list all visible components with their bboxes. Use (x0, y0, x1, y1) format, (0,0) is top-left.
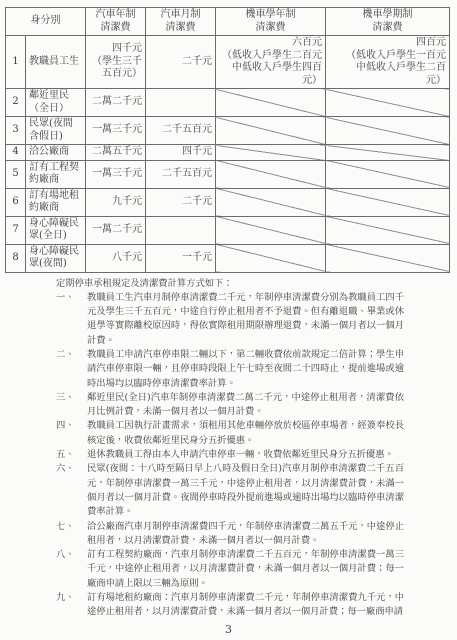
moto-year-fee-cell (216, 89, 326, 117)
note-number: 三、 (56, 391, 75, 405)
row-number-cell: 1 (6, 36, 26, 89)
note-text: 洽公廠商汽車月制停車清潔費四千元，年制停車清潔費二萬五千元，中途停止租用者，以月… (87, 521, 404, 546)
note-number: 一、 (56, 291, 75, 305)
moto-year-fee-cell (216, 145, 326, 161)
car-month-fee-cell (146, 89, 216, 117)
note-text: 退休教職員工得由本人申請汽車停車一輛，收費依鄰近里民身分五折優惠。 (87, 449, 394, 460)
identity-cell: 鄰近里民 （全日） (26, 89, 86, 117)
table-row: 2鄰近里民 （全日）二萬二千元 (6, 89, 450, 117)
note-text: 訂有場地租約廠商：汽車月制停車清潔費二千元，年制停車清潔費九千元，中途停止租用者… (87, 592, 404, 617)
row-number-cell: 3 (6, 117, 26, 145)
moto-semester-fee-cell (326, 244, 450, 272)
fee-table: 身分別 汽車年制 清潔費 汽車月制 清潔費 機車學年制 清潔費 機車學期制 清潔… (5, 7, 450, 273)
notes-intro: 定期停車承租規定及清潔費計算方式如下： (56, 277, 404, 291)
moto-semester-fee-cell (326, 117, 450, 145)
note-text: 民眾(夜間：十八時至隔日早上八時及假日全日)汽車月制停車清潔費二千五百元，年制停… (87, 463, 404, 517)
moto-semester-fee-cell (326, 188, 450, 216)
header-moto-semester: 機車學期制 清潔費 (326, 8, 450, 36)
car-month-fee-cell: 一千元 (146, 244, 216, 272)
moto-year-fee-cell (216, 160, 326, 188)
table-row: 5訂有工程契 約廠商一萬三千元二千五百元 (6, 160, 450, 188)
note-item: 五、退休教職員工得由本人申請汽車停車一輛，收費依鄰近里民身分五折優惠。 (56, 448, 404, 462)
note-number: 四、 (56, 419, 75, 433)
row-number-cell: 4 (6, 145, 26, 161)
note-item: 一、教職員工生汽車月制停車清潔費二千元，年制停車清潔費分別為教職員工四千元及學生… (56, 291, 404, 348)
document-page: 身分別 汽車年制 清潔費 汽車月制 清潔費 機車學年制 清潔費 機車學期制 清潔… (0, 0, 457, 640)
car-year-fee-cell: 一萬三千元 (86, 117, 146, 145)
note-item: 四、教職員工因執行計畫需求，須租用其他車輛停放於校區停車場者，經簽奉校長核定後，… (56, 419, 404, 448)
note-number: 六、 (56, 462, 75, 476)
moto-year-fee-cell (216, 188, 326, 216)
identity-cell: 身心障礙民 眾(全日) (26, 216, 86, 244)
note-text: 鄰近里民(全日)汽車年制停車清潔費二萬二千元，中途停止租用者，清潔費依月比例計費… (87, 392, 404, 417)
car-month-fee-cell: 二千五百元 (146, 160, 216, 188)
note-item: 三、鄰近里民(全日)汽車年制停車清潔費二萬二千元，中途停止租用者，清潔費依月比例… (56, 391, 404, 420)
table-row: 7身心障礙民 眾(全日)一萬二千元 (6, 216, 450, 244)
car-year-fee-cell: 四千元 （學生三千 五百元） (86, 36, 146, 89)
note-item: 六、民眾(夜間：十八時至隔日早上八時及假日全日)汽車月制停車清潔費二千五百元，年… (56, 462, 404, 519)
header-car-month: 汽車月制 清潔費 (146, 8, 216, 36)
notes-section: 定期停車承租規定及清潔費計算方式如下： 一、教職員工生汽車月制停車清潔費二千元，… (56, 277, 404, 620)
note-text: 教職員工因執行計畫需求，須租用其他車輛停放於校區停車場者，經簽奉校長核定後，收費… (87, 420, 404, 445)
note-number: 八、 (56, 548, 75, 562)
row-number-cell: 2 (6, 89, 26, 117)
note-text: 訂有工程契約廠商，汽車月制停車清潔費二千五百元，年制停車清潔費一萬三千元，中途停… (87, 549, 404, 589)
note-number: 七、 (56, 520, 75, 534)
moto-semester-fee-cell (326, 160, 450, 188)
table-row: 3民眾(夜間 含假日)一萬三千元二千五百元 (6, 117, 450, 145)
note-item: 九、訂有場地租約廠商：汽車月制停車清潔費二千元，年制停車清潔費九千元，中途停止租… (56, 591, 404, 620)
car-year-fee-cell: 一萬二千元 (86, 216, 146, 244)
moto-year-fee-cell (216, 216, 326, 244)
note-number: 五、 (56, 448, 75, 462)
car-month-fee-cell: 二千五百元 (146, 117, 216, 145)
table-header-row: 身分別 汽車年制 清潔費 汽車月制 清潔費 機車學年制 清潔費 機車學期制 清潔… (6, 8, 450, 36)
table-row: 1教職員工生四千元 （學生三千 五百元）二千元六百元 （低收入戶學生二百元 中低… (6, 36, 450, 89)
table-row: 6訂有場地租 約廠商九千元二千元 (6, 188, 450, 216)
row-number-cell: 5 (6, 160, 26, 188)
row-number-cell: 7 (6, 216, 26, 244)
table-row: 4洽公廠商二萬五千元四千元 (6, 145, 450, 161)
car-month-fee-cell: 二千元 (146, 188, 216, 216)
car-year-fee-cell: 二萬五千元 (86, 145, 146, 161)
note-item: 二、教職員工申請汽車停車限二輛以下，第二輛收費依前款規定二倍計算；學生申請汽車停… (56, 348, 404, 391)
moto-semester-fee-cell (326, 89, 450, 117)
car-year-fee-cell: 八千元 (86, 244, 146, 272)
moto-semester-fee-cell (326, 216, 450, 244)
note-text: 教職員工生汽車月制停車清潔費二千元，年制停車清潔費分別為教職員工四千元及學生三千… (87, 292, 404, 346)
car-year-fee-cell: 一萬三千元 (86, 160, 146, 188)
moto-semester-fee-cell: 四百元 （低收入戶學生一百元 中低收入戶學生二百 元） (326, 36, 450, 89)
header-car-year: 汽車年制 清潔費 (86, 8, 146, 36)
moto-year-fee-cell (216, 244, 326, 272)
identity-cell: 教職員工生 (26, 36, 86, 89)
note-text: 教職員工申請汽車停車限二輛以下，第二輛收費依前款規定二倍計算；學生申請汽車停車限… (87, 349, 404, 389)
identity-cell: 洽公廠商 (26, 145, 86, 161)
note-number: 九、 (56, 591, 75, 605)
identity-cell: 訂有工程契 約廠商 (26, 160, 86, 188)
identity-cell: 身心障礙民 眾(夜間) (26, 244, 86, 272)
identity-cell: 民眾(夜間 含假日) (26, 117, 86, 145)
table-row: 8身心障礙民 眾(夜間)八千元一千元 (6, 244, 450, 272)
car-month-fee-cell: 四千元 (146, 145, 216, 161)
header-identity: 身分別 (6, 8, 86, 36)
moto-year-fee-cell: 六百元 （低收入戶學生二百元 中低收入戶學生四百 元） (216, 36, 326, 89)
notes-list: 一、教職員工生汽車月制停車清潔費二千元，年制停車清潔費分別為教職員工四千元及學生… (56, 291, 404, 620)
note-number: 二、 (56, 348, 75, 362)
moto-year-fee-cell (216, 117, 326, 145)
moto-semester-fee-cell (326, 145, 450, 161)
row-number-cell: 8 (6, 244, 26, 272)
page-number: 3 (0, 623, 457, 636)
car-month-fee-cell: 二千元 (146, 36, 216, 89)
note-item: 八、訂有工程契約廠商，汽車月制停車清潔費二千五百元，年制停車清潔費一萬三千元，中… (56, 548, 404, 591)
row-number-cell: 6 (6, 188, 26, 216)
car-year-fee-cell: 二萬二千元 (86, 89, 146, 117)
car-month-fee-cell (146, 216, 216, 244)
car-year-fee-cell: 九千元 (86, 188, 146, 216)
identity-cell: 訂有場地租 約廠商 (26, 188, 86, 216)
header-moto-year: 機車學年制 清潔費 (216, 8, 326, 36)
note-item: 七、洽公廠商汽車月制停車清潔費四千元，年制停車清潔費二萬五千元，中途停止租用者，… (56, 520, 404, 549)
